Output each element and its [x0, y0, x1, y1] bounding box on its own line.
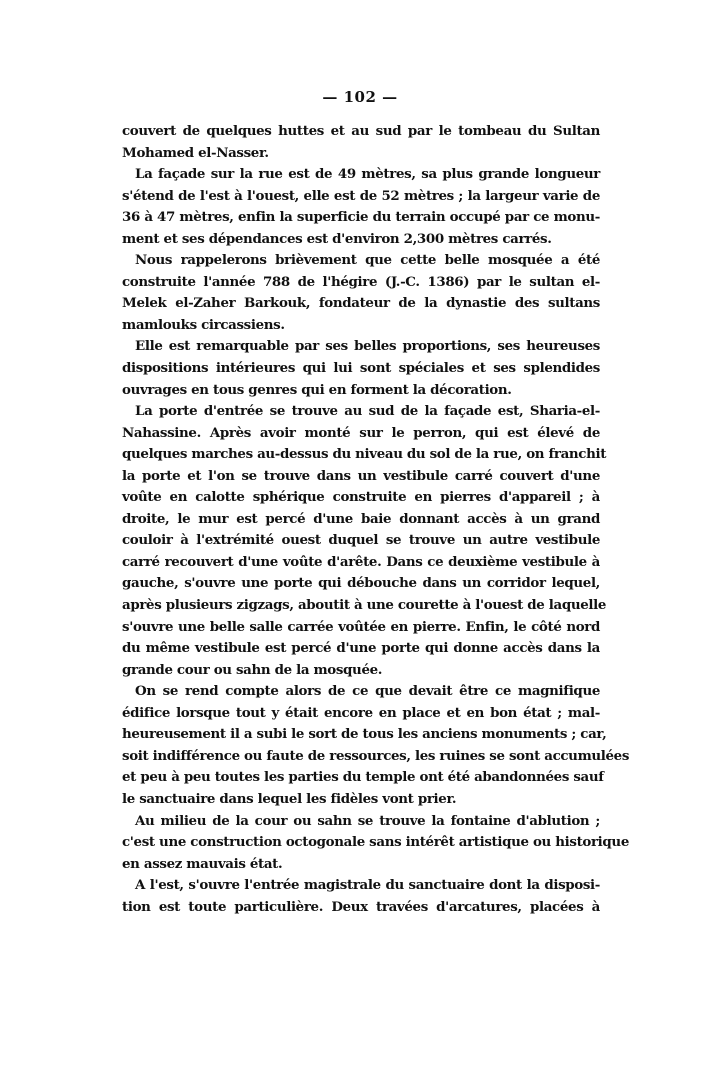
- paragraph: Elle est remarquable par ses belles prop…: [122, 336, 600, 401]
- paragraph: couvert de quelques huttes et au sud par…: [122, 121, 600, 164]
- text-line: On se rend compte alors de ce que devait…: [122, 681, 600, 703]
- text-line: tion est toute particulière. Deux travée…: [122, 897, 600, 919]
- paragraph: Nous rappelerons brièvement que cette be…: [122, 250, 600, 336]
- book-page: — 102 — couvert de quelques huttes et au…: [0, 0, 720, 1082]
- text-line: 36 à 47 mètres, enfin la superficie du t…: [122, 207, 600, 229]
- paragraph: A l'est, s'ouvre l'entrée magistrale du …: [122, 875, 600, 918]
- text-line: gauche, s'ouvre une porte qui débouche d…: [122, 573, 600, 595]
- text-line: et peu à peu toutes les parties du templ…: [122, 767, 600, 789]
- text-line: édifice lorsque tout y était encore en p…: [122, 703, 600, 725]
- text-line: s'étend de l'est à l'ouest, elle est de …: [122, 186, 600, 208]
- text-line: ment et ses dépendances est d'environ 2,…: [122, 229, 600, 251]
- text-line: droite, le mur est percé d'une baie donn…: [122, 509, 600, 531]
- text-line: mamlouks circassiens.: [122, 315, 600, 337]
- text-line: quelques marches au-dessus du niveau du …: [122, 444, 600, 466]
- page-number: — 102 —: [0, 88, 720, 106]
- paragraph: On se rend compte alors de ce que devait…: [122, 681, 600, 810]
- text-line: Nous rappelerons brièvement que cette be…: [122, 250, 600, 272]
- text-line: en assez mauvais état.: [122, 854, 600, 876]
- text-line: voûte en calotte sphérique construite en…: [122, 487, 600, 509]
- text-line: le sanctuaire dans lequel les fidèles vo…: [122, 789, 600, 811]
- text-line: Melek el-Zaher Barkouk, fondateur de la …: [122, 293, 600, 315]
- text-line: dispositions intérieures qui lui sont sp…: [122, 358, 600, 380]
- paragraph: Au milieu de la cour ou sahn se trouve l…: [122, 811, 600, 876]
- text-line: soit indifférence ou faute de ressources…: [122, 746, 600, 768]
- text-line: c'est une construction octogonale sans i…: [122, 832, 600, 854]
- text-line: couvert de quelques huttes et au sud par…: [122, 121, 600, 143]
- text-line: Nahassine. Après avoir monté sur le perr…: [122, 423, 600, 445]
- text-line: La façade sur la rue est de 49 mètres, s…: [122, 164, 600, 186]
- text-line: Au milieu de la cour ou sahn se trouve l…: [122, 811, 600, 833]
- text-line: du même vestibule est percé d'une porte …: [122, 638, 600, 660]
- text-line: couloir à l'extrémité ouest duquel se tr…: [122, 530, 600, 552]
- text-line: s'ouvre une belle salle carrée voûtée en…: [122, 617, 600, 639]
- text-line: après plusieurs zigzags, aboutit à une c…: [122, 595, 600, 617]
- text-line: la porte et l'on se trouve dans un vesti…: [122, 466, 600, 488]
- text-line: heureusement il a subi le sort de tous l…: [122, 724, 600, 746]
- text-line: carré recouvert d'une voûte d'arête. Dan…: [122, 552, 600, 574]
- text-line: grande cour ou sahn de la mosquée.: [122, 660, 600, 682]
- body-text: couvert de quelques huttes et au sud par…: [122, 121, 600, 918]
- text-line: Mohamed el-Nasser.: [122, 143, 600, 165]
- paragraph: La porte d'entrée se trouve au sud de la…: [122, 401, 600, 681]
- text-line: La porte d'entrée se trouve au sud de la…: [122, 401, 600, 423]
- text-line: A l'est, s'ouvre l'entrée magistrale du …: [122, 875, 600, 897]
- text-line: Elle est remarquable par ses belles prop…: [122, 336, 600, 358]
- paragraph: La façade sur la rue est de 49 mètres, s…: [122, 164, 600, 250]
- text-line: construite l'année 788 de l'hégire (J.-C…: [122, 272, 600, 294]
- text-line: ouvrages en tous genres qui en forment l…: [122, 380, 600, 402]
